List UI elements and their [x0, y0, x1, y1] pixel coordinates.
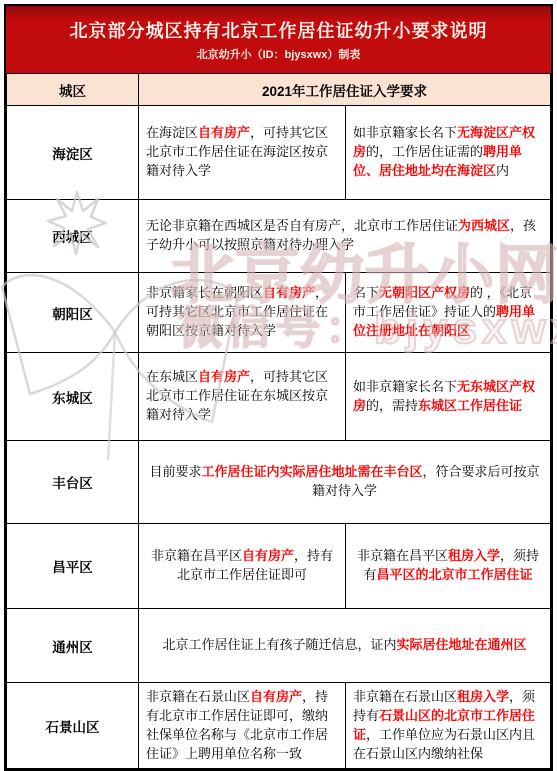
plain-text: 如非京籍家长名下 [353, 125, 457, 140]
requirement-cell: 在海淀区自有房产，可持其它区北京市工作居住证在海淀区按京籍对待入学 [139, 106, 346, 200]
plain-text: 非京籍在石景山区 [146, 689, 250, 704]
district-cell: 西城区 [7, 200, 139, 273]
highlighted-text: 自有房产 [242, 548, 294, 563]
plain-text: 非京籍在昌平区 [151, 548, 242, 563]
plain-text: 非京籍在石景山区 [353, 689, 457, 704]
page-title: 北京部分城区持有北京工作居住证幼升小要求说明 [6, 20, 551, 42]
highlighted-text: 工作居住证内实际居住地址需在丰台区 [201, 464, 422, 479]
column-header-district: 城区 [7, 74, 139, 106]
highlighted-text: 自有房产 [263, 285, 315, 300]
highlighted-text: 租房入学 [448, 548, 500, 563]
highlighted-text: 自有房产 [250, 689, 302, 704]
requirement-cell: 非京籍在石景山区租房入学，须持有石景山区的北京市工作居住证，工作单位应为石景山区… [346, 683, 551, 769]
table-header-row: 城区 2021年工作居住证入学要求 [7, 74, 551, 106]
table-row: 东城区在东城区自有房产，可持其它区北京市工作居住证在东城区按京籍对待入学如非京籍… [7, 353, 551, 441]
table-row: 丰台区目前要求工作居住证内实际居住地址需在丰台区，符合要求后可按京籍对待入学 [7, 441, 551, 524]
requirement-cell: 非京籍在昌平区租房入学，须持有昌平区的北京市工作居住证 [346, 524, 551, 609]
table-row: 石景山区非京籍在石景山区自有房产，持有北京市工作居住证即可，缴纳社保单位名称与《… [7, 683, 551, 769]
plain-text: 名下 [353, 285, 379, 300]
highlighted-text: 东城区工作居住证 [418, 398, 522, 413]
plain-text: 无论非京籍在西城区是否自有房产，北京市工作居住证 [146, 218, 458, 233]
plain-text: 内 [496, 163, 509, 178]
table-row: 朝阳区非京籍家长在朝阳区自有房产，可持其它区北京市工作居住证在朝阳区按京籍对待入… [7, 273, 551, 353]
district-cell: 朝阳区 [7, 273, 139, 353]
highlighted-text: 实际居住地址在通州区 [397, 637, 527, 652]
highlighted-text: 自有房产 [198, 125, 250, 140]
highlighted-text: 昌平区的北京市工作居住证 [377, 567, 533, 582]
plain-text: ，工作单位应为石景山区内且在石景山区内缴纳社保 [353, 727, 535, 761]
district-cell: 昌平区 [7, 524, 139, 609]
requirement-cell: 如非京籍家长名下无海淀区产权房的，工作居住证需的聘用单位、居住地址均在海淀区内 [346, 106, 551, 200]
plain-text: 的，需持 [366, 398, 418, 413]
requirement-cell: 目前要求工作居住证内实际居住地址需在丰台区，符合要求后可按京籍对待入学 [139, 441, 551, 524]
requirement-cell: 如非京籍家长名下无东城区产权房的，需持东城区工作居住证 [346, 353, 551, 441]
plain-text: 非京籍在昌平区 [357, 548, 448, 563]
plain-text: 目前要求 [149, 464, 201, 479]
district-cell: 东城区 [7, 353, 139, 441]
banner: 北京部分城区持有北京工作居住证幼升小要求说明 北京幼升小（ID：bjysxwx）… [6, 6, 551, 73]
requirement-cell: 在东城区自有房产，可持其它区北京市工作居住证在东城区按京籍对待入学 [139, 353, 346, 441]
district-cell: 海淀区 [7, 106, 139, 200]
requirement-cell: 北京工作居住证上有孩子随迁信息，证内实际居住地址在通州区 [139, 609, 551, 683]
requirements-table: 城区 2021年工作居住证入学要求 海淀区在海淀区自有房产，可持其它区北京市工作… [6, 73, 551, 769]
plain-text: 非京籍家长在朝阳区 [146, 285, 263, 300]
column-header-requirements: 2021年工作居住证入学要求 [139, 74, 551, 106]
table-row: 西城区无论非京籍在西城区是否自有房产，北京市工作居住证为西城区，孩子幼升小可以按… [7, 200, 551, 273]
highlighted-text: 租房入学 [457, 689, 509, 704]
plain-text: 如非京籍家长名下 [353, 379, 457, 394]
requirement-cell: 非京籍在昌平区自有房产，持有北京市工作居住证即可 [139, 524, 346, 609]
highlighted-text: 自有房产 [198, 369, 250, 384]
highlighted-text: 无朝阳区产权房 [379, 285, 470, 300]
requirement-cell: 名下无朝阳区产权房的 ，《北京市工作居住证》持证人的聘用单位注册地址在朝阳区 [346, 273, 551, 353]
district-cell: 石景山区 [7, 683, 139, 769]
district-cell: 通州区 [7, 609, 139, 683]
table-row: 通州区北京工作居住证上有孩子随迁信息，证内实际居住地址在通州区 [7, 609, 551, 683]
plain-text: 在东城区 [146, 369, 198, 384]
requirement-cell: 非京籍家长在朝阳区自有房产，可持其它区北京市工作居住证在朝阳区按京籍对待入学 [139, 273, 346, 353]
plain-text: 在海淀区 [146, 125, 198, 140]
plain-text: 的，工作居住证需的 [366, 144, 483, 159]
plain-text: 北京工作居住证上有孩子随迁信息，证内 [162, 637, 396, 652]
requirement-cell: 无论非京籍在西城区是否自有房产，北京市工作居住证为西城区，孩子幼升小可以按照京籍… [139, 200, 551, 273]
table-frame: 北京部分城区持有北京工作居住证幼升小要求说明 北京幼升小（ID：bjysxwx）… [4, 4, 553, 771]
page-subtitle: 北京幼升小（ID：bjysxwx）制表 [6, 46, 551, 62]
highlighted-text: 为西城区 [458, 218, 510, 233]
table-row: 昌平区非京籍在昌平区自有房产，持有北京市工作居住证即可非京籍在昌平区租房入学，须… [7, 524, 551, 609]
district-cell: 丰台区 [7, 441, 139, 524]
infographic-sheet: 北京部分城区持有北京工作居住证幼升小要求说明 北京幼升小（ID：bjysxwx）… [0, 0, 557, 771]
table-row: 海淀区在海淀区自有房产，可持其它区北京市工作居住证在海淀区按京籍对待入学如非京籍… [7, 106, 551, 200]
requirement-cell: 非京籍在石景山区自有房产，持有北京市工作居住证即可，缴纳社保单位名称与《北京市工… [139, 683, 346, 769]
